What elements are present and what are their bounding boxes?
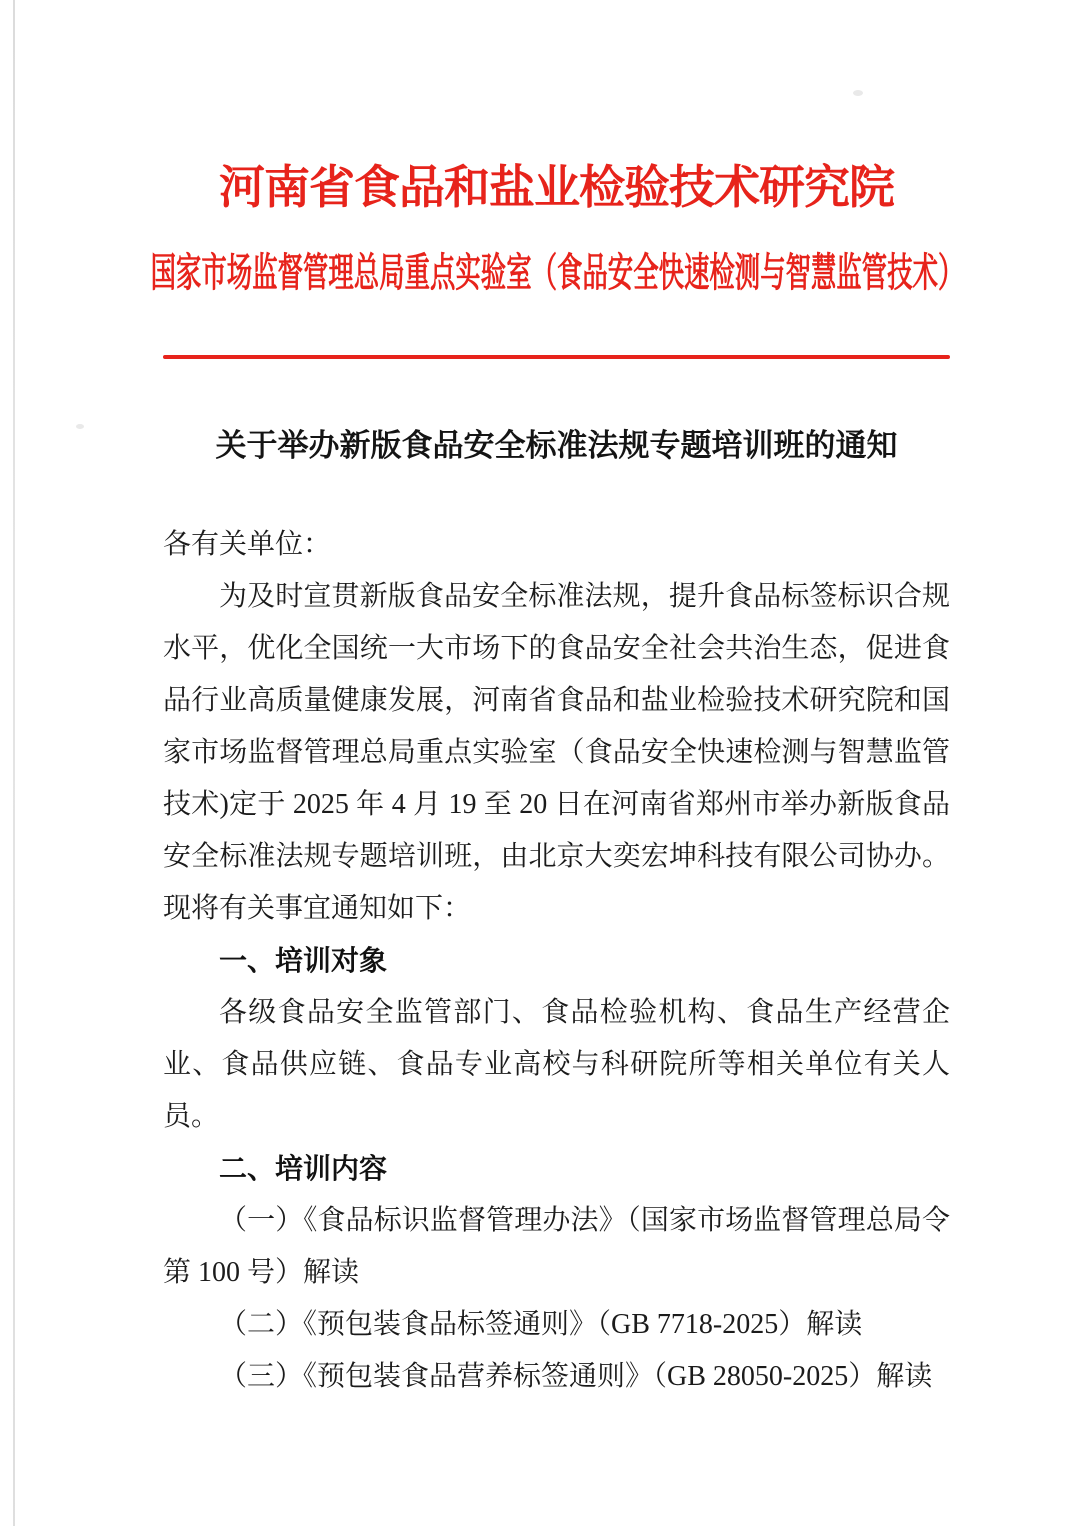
scan-artifact-line xyxy=(13,0,15,1526)
section-2-item-3: （三）《预包装食品营养标签通则》（GB 28050-2025）解读 xyxy=(163,1351,950,1403)
document-content: 河南省食品和盐业检验技术研究院 国家市场监督管理总局重点实验室（食品安全快速检测… xyxy=(163,0,950,1403)
red-divider-rule xyxy=(163,355,950,359)
document-page: 河南省食品和盐业检验技术研究院 国家市场监督管理总局重点实验室（食品安全快速检测… xyxy=(0,0,1080,1526)
intro-paragraph: 为及时宣贯新版食品安全标准法规，提升食品标签标识合规水平，优化全国统一大市场下的… xyxy=(163,571,950,935)
section-1-paragraph: 各级食品安全监管部门、食品检验机构、食品生产经营企业、食品供应链、食品专业高校与… xyxy=(163,987,950,1143)
section-2-item-2: （二）《预包装食品标签通则》（GB 7718-2025）解读 xyxy=(163,1299,950,1351)
scan-speck xyxy=(76,424,84,429)
organization-title: 河南省食品和盐业检验技术研究院 xyxy=(163,0,950,216)
notice-body: 关于举办新版食品安全标准法规专题培训班的通知 各有关单位： 为及时宣贯新版食品安… xyxy=(163,425,950,1403)
lab-title-row: 国家市场监督管理总局重点实验室（食品安全快速检测与智慧监管技术） xyxy=(163,250,950,296)
section-1-heading: 一、培训对象 xyxy=(163,935,950,987)
salutation: 各有关单位： xyxy=(163,519,950,571)
notice-text: 各有关单位： 为及时宣贯新版食品安全标准法规，提升食品标签标识合规水平，优化全国… xyxy=(163,519,950,1403)
section-2-item-1: （一）《食品标识监督管理办法》（国家市场监督管理总局令第 100 号）解读 xyxy=(163,1195,950,1299)
lab-title: 国家市场监督管理总局重点实验室（食品安全快速检测与智慧监管技术） xyxy=(150,250,963,296)
letterhead: 河南省食品和盐业检验技术研究院 国家市场监督管理总局重点实验室（食品安全快速检测… xyxy=(163,0,950,359)
notice-title: 关于举办新版食品安全标准法规专题培训班的通知 xyxy=(163,425,950,467)
section-2-heading: 二、培训内容 xyxy=(163,1143,950,1195)
